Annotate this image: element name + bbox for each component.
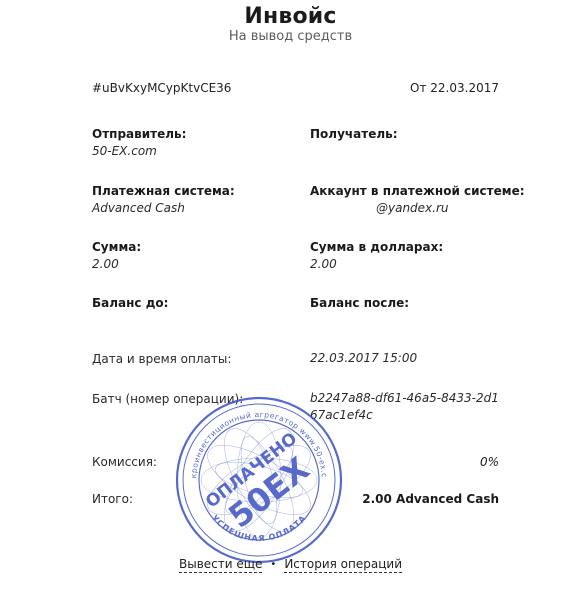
payment-system-label: Платежная система: xyxy=(92,184,235,198)
page-subtitle: На вывод средств xyxy=(0,29,581,44)
recipient-value xyxy=(310,144,398,158)
account-field: Аккаунт в платежной системе: @yandex.ru xyxy=(310,184,525,215)
footer-links: Вывести еще•История операций xyxy=(0,557,581,571)
payment-datetime-value: 22.03.2017 15:00 xyxy=(310,350,510,367)
operation-history-link[interactable]: История операций xyxy=(284,557,402,573)
account-label: Аккаунт в платежной системе: xyxy=(310,184,525,198)
sender-field: Отправитель: 50-EX.com xyxy=(92,127,186,158)
total-value: 2.00 Advanced Cash xyxy=(362,492,499,506)
payment-datetime-label: Дата и время оплаты: xyxy=(92,352,231,366)
balance-after-value xyxy=(310,313,409,327)
account-value: @yandex.ru xyxy=(310,201,525,215)
sender-label: Отправитель: xyxy=(92,127,186,141)
amount-usd-field: Сумма в долларах: 2.00 xyxy=(310,240,443,271)
balance-after-label: Баланс после: xyxy=(310,296,409,310)
recipient-label: Получатель: xyxy=(310,127,398,141)
total-label: Итого: xyxy=(92,492,133,506)
amount-usd-label: Сумма в долларах: xyxy=(310,240,443,254)
amount-label: Сумма: xyxy=(92,240,141,254)
invoice-date: От 22.03.2017 xyxy=(410,81,499,95)
balance-before-label: Баланс до: xyxy=(92,296,168,310)
payment-system-field: Платежная система: Advanced Cash xyxy=(92,184,235,215)
commission-value: 0% xyxy=(480,455,499,469)
balance-after-field: Баланс после: xyxy=(310,296,409,327)
withdraw-more-link[interactable]: Вывести еще xyxy=(179,557,262,573)
balance-before-field: Баланс до: xyxy=(92,296,168,327)
balance-before-value xyxy=(92,313,168,327)
amount-usd-value: 2.00 xyxy=(310,257,443,271)
amount-field: Сумма: 2.00 xyxy=(92,240,141,271)
recipient-field: Получатель: xyxy=(310,127,398,158)
commission-label: Комиссия: xyxy=(92,455,157,469)
invoice-id: #uBvKxyMCypKtvCE36 xyxy=(92,81,231,95)
footer-separator: • xyxy=(270,559,276,570)
payment-system-value: Advanced Cash xyxy=(92,201,235,215)
sender-value: 50-EX.com xyxy=(92,144,186,158)
page-title: Инвойс xyxy=(0,4,581,29)
amount-value: 2.00 xyxy=(92,257,141,271)
paid-stamp-icon: Микроинвестиционный агрегатор www.50-ex.… xyxy=(174,395,344,565)
